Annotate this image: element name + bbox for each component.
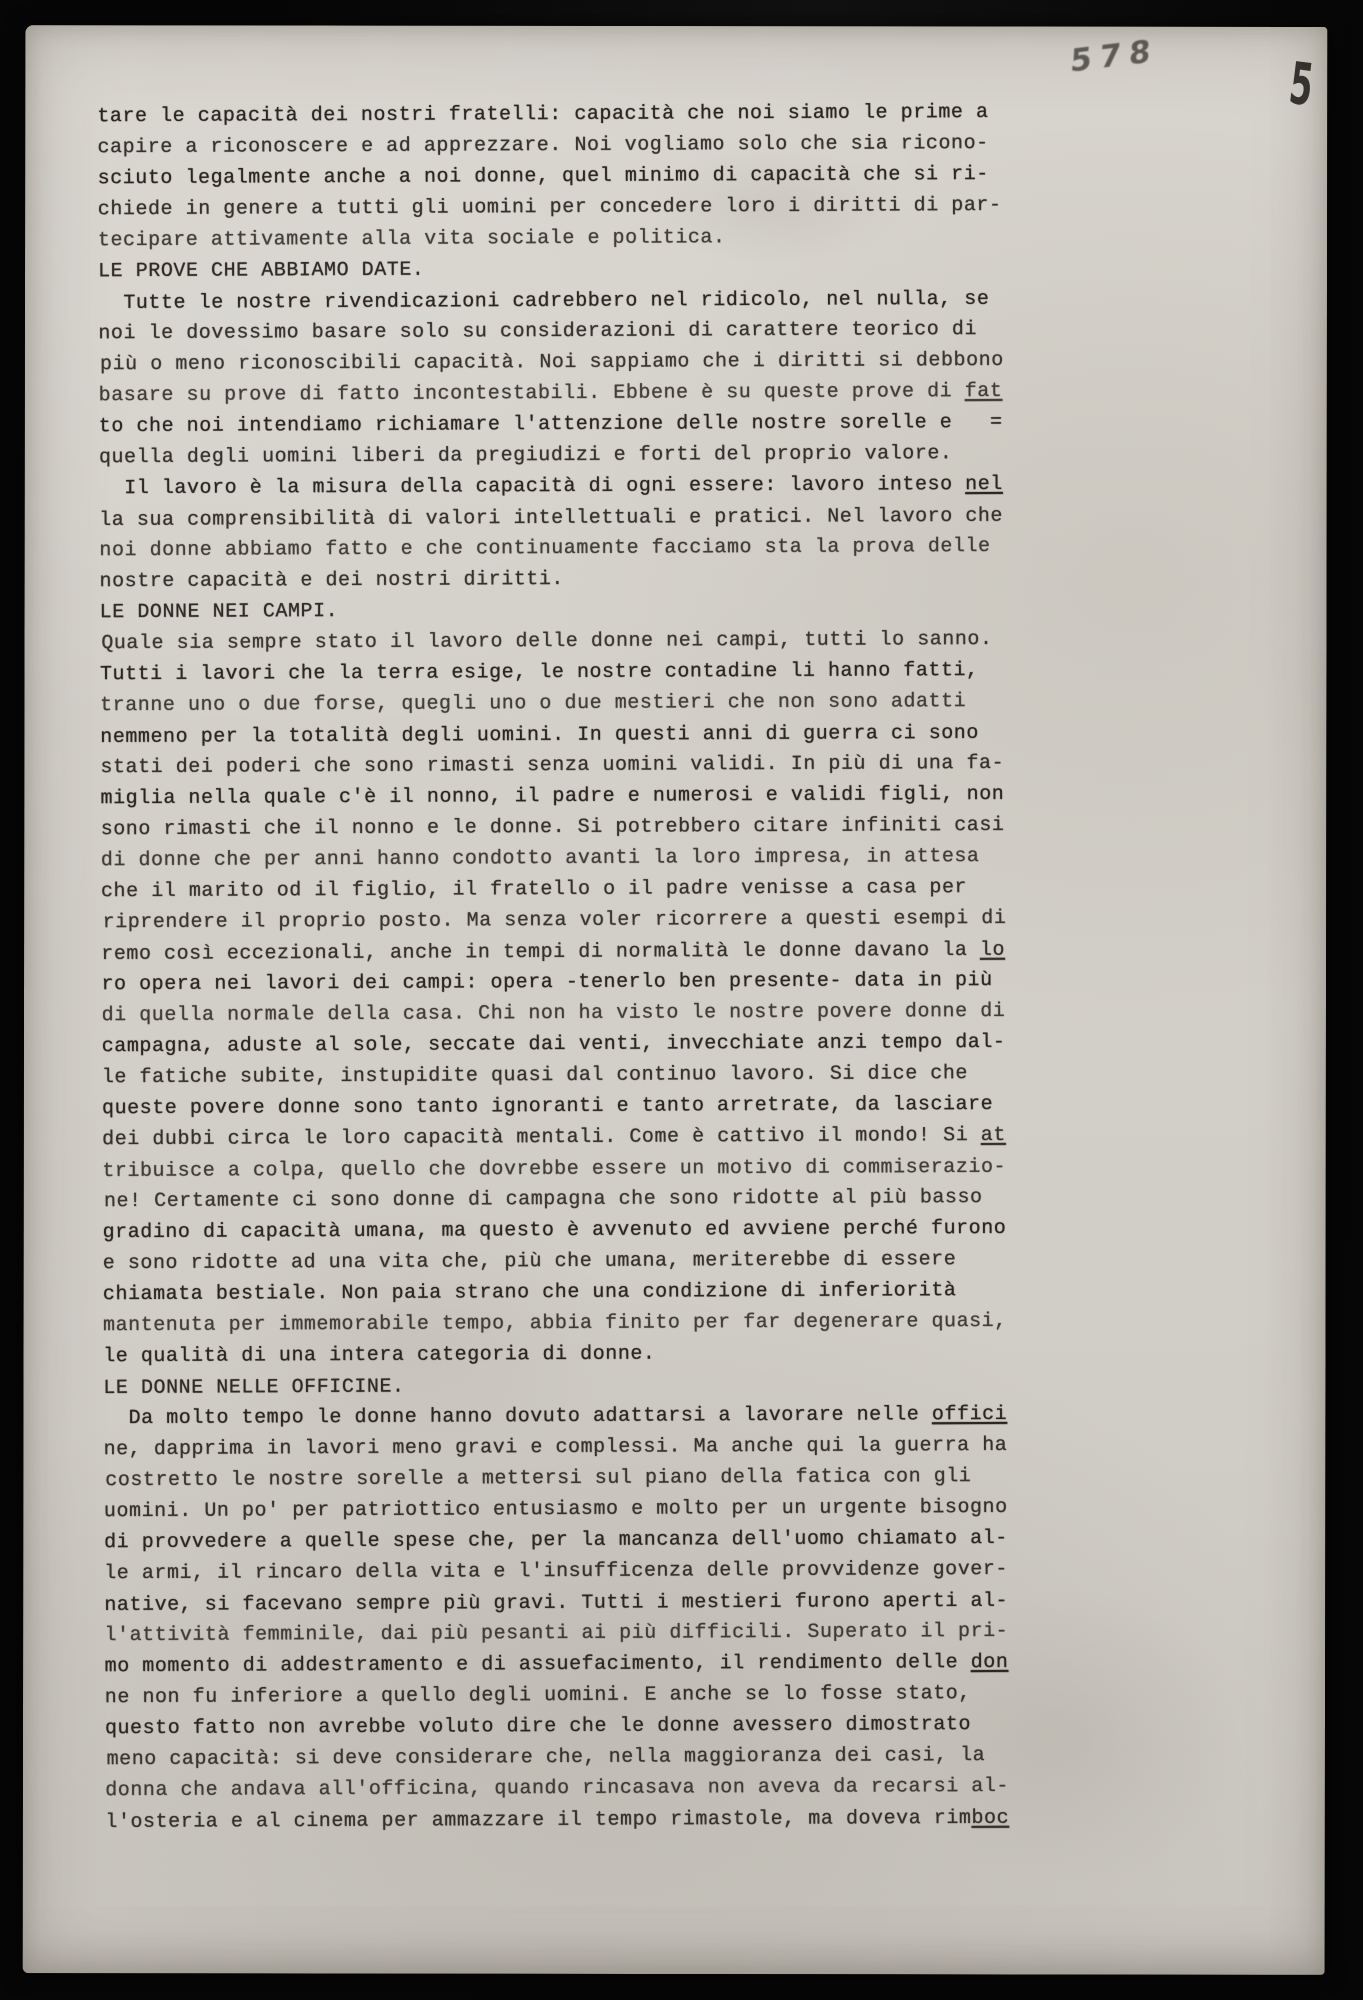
section-heading: LE PROVE CHE ABBIAMO DATE. [98, 252, 1058, 288]
section-heading: LE DONNE NELLE OFFICINE. [103, 1368, 1063, 1404]
text-line: di provvedere a quelle spese che, per la… [104, 1523, 1064, 1559]
text-line: quella degli uomini liberi da pregiudizi… [99, 438, 1059, 474]
text-line: dei dubbi circa le loro capacità mentali… [102, 1120, 1062, 1156]
text-line: sono rimasti che il nonno e le donne. Si… [101, 810, 1061, 846]
text-line: campagna, aduste al sole, seccate dai ve… [102, 1027, 1062, 1063]
text-line: ro opera nei lavori dei campi: opera -te… [101, 965, 1061, 1001]
text-line: remo così eccezionali, anche in tempi di… [101, 934, 1061, 970]
text-line: stati dei poderi che sono rimasti senza … [100, 748, 1060, 784]
text-line: queste povere donne sono tanto ignoranti… [102, 1089, 1062, 1125]
text-line: ne non fu inferiore a quello degli uomin… [105, 1678, 1065, 1714]
text-line: miglia nella quale c'è il nonno, il padr… [100, 779, 1060, 815]
section-heading: LE DONNE NEI CAMPI. [100, 593, 1060, 629]
text-line: mo momento di addestramento e di assuefa… [105, 1647, 1065, 1683]
text-line: l'osteria e al cinema per ammazzare il t… [105, 1802, 1065, 1838]
text-line: Tutti i lavori che la terra esige, le no… [100, 655, 1060, 691]
text-line: e sono ridotte ad una vita che, più che … [103, 1244, 1063, 1280]
text-line: ne! Certamente ci sono donne di campagna… [104, 1182, 1064, 1218]
text-line: tecipare attivamente alla vita sociale e… [98, 221, 1058, 257]
text-line: che il marito od il figlio, il fratello … [101, 872, 1061, 908]
typewritten-text: tare le capacità dei nostri fratelli: ca… [97, 97, 1065, 1838]
text-line: l'attività femminile, dai più pesanti ai… [104, 1616, 1064, 1652]
text-line: ne, dapprima in lavori meno gravi e comp… [104, 1430, 1064, 1466]
text-line: di donne che per anni hanno condotto ava… [101, 841, 1061, 877]
text-line: più o meno riconoscibili capacità. Noi s… [100, 345, 1060, 381]
text-line: noi le dovessimo basare solo su consider… [98, 314, 1058, 350]
text-line: le qualità di una intera categoria di do… [103, 1337, 1063, 1373]
text-line: Il lavoro è la misura della capacità di … [99, 469, 1059, 505]
text-line: di quella normale della casa. Chi non ha… [101, 996, 1061, 1032]
text-line: gradino di capacità umana, ma questo è a… [103, 1213, 1063, 1249]
text-line: mantenuta per immemorabile tempo, abbia … [103, 1306, 1063, 1342]
text-line: basare su prove di fatto incontestabili.… [99, 376, 1059, 412]
text-line: nostre capacità e dei nostri diritti. [99, 562, 1059, 598]
text-line: uomini. Un po' per patriottico entusiasm… [104, 1492, 1064, 1528]
text-line: questo fatto non avrebbe voluto dire che… [105, 1709, 1065, 1745]
text-line: le fatiche subite, instupidite quasi dal… [102, 1058, 1062, 1094]
text-line: to che noi intendiamo richiamare l'atten… [99, 407, 1059, 443]
text-line: le armi, il rincaro della vita e l'insuf… [104, 1554, 1064, 1590]
text-line: chiede in genere a tutti gli uomini per … [98, 190, 1058, 226]
text-line: Quale sia sempre stato il lavoro delle d… [101, 624, 1061, 660]
text-line: Da molto tempo le donne hanno dovuto ada… [103, 1399, 1063, 1435]
text-line: tare le capacità dei nostri fratelli: ca… [97, 97, 1057, 133]
text-line: meno capacità: si deve considerare che, … [106, 1740, 1066, 1776]
text-line: costretto le nostre sorelle a mettersi s… [105, 1461, 1065, 1497]
text-line: noi donne abbiamo fatto e che continuame… [99, 531, 1059, 567]
paper-sheet: tare le capacità dei nostri fratelli: ca… [23, 25, 1328, 1975]
text-line: sciuto legalmente anche a noi donne, que… [98, 159, 1058, 195]
text-line: riprendere il proprio posto. Ma senza vo… [103, 903, 1063, 939]
text-line: tranne uno o due forse, quegli uno o due… [100, 686, 1060, 722]
text-line: capire a riconoscere e ad apprezzare. No… [97, 128, 1057, 164]
document-scan: { "colors": { "backdrop": "#060606", "pa… [0, 0, 1363, 2000]
text-line: donna che andava all'officina, quando ri… [105, 1771, 1065, 1807]
text-line: chiamata bestiale. Non paia strano che u… [103, 1275, 1063, 1311]
